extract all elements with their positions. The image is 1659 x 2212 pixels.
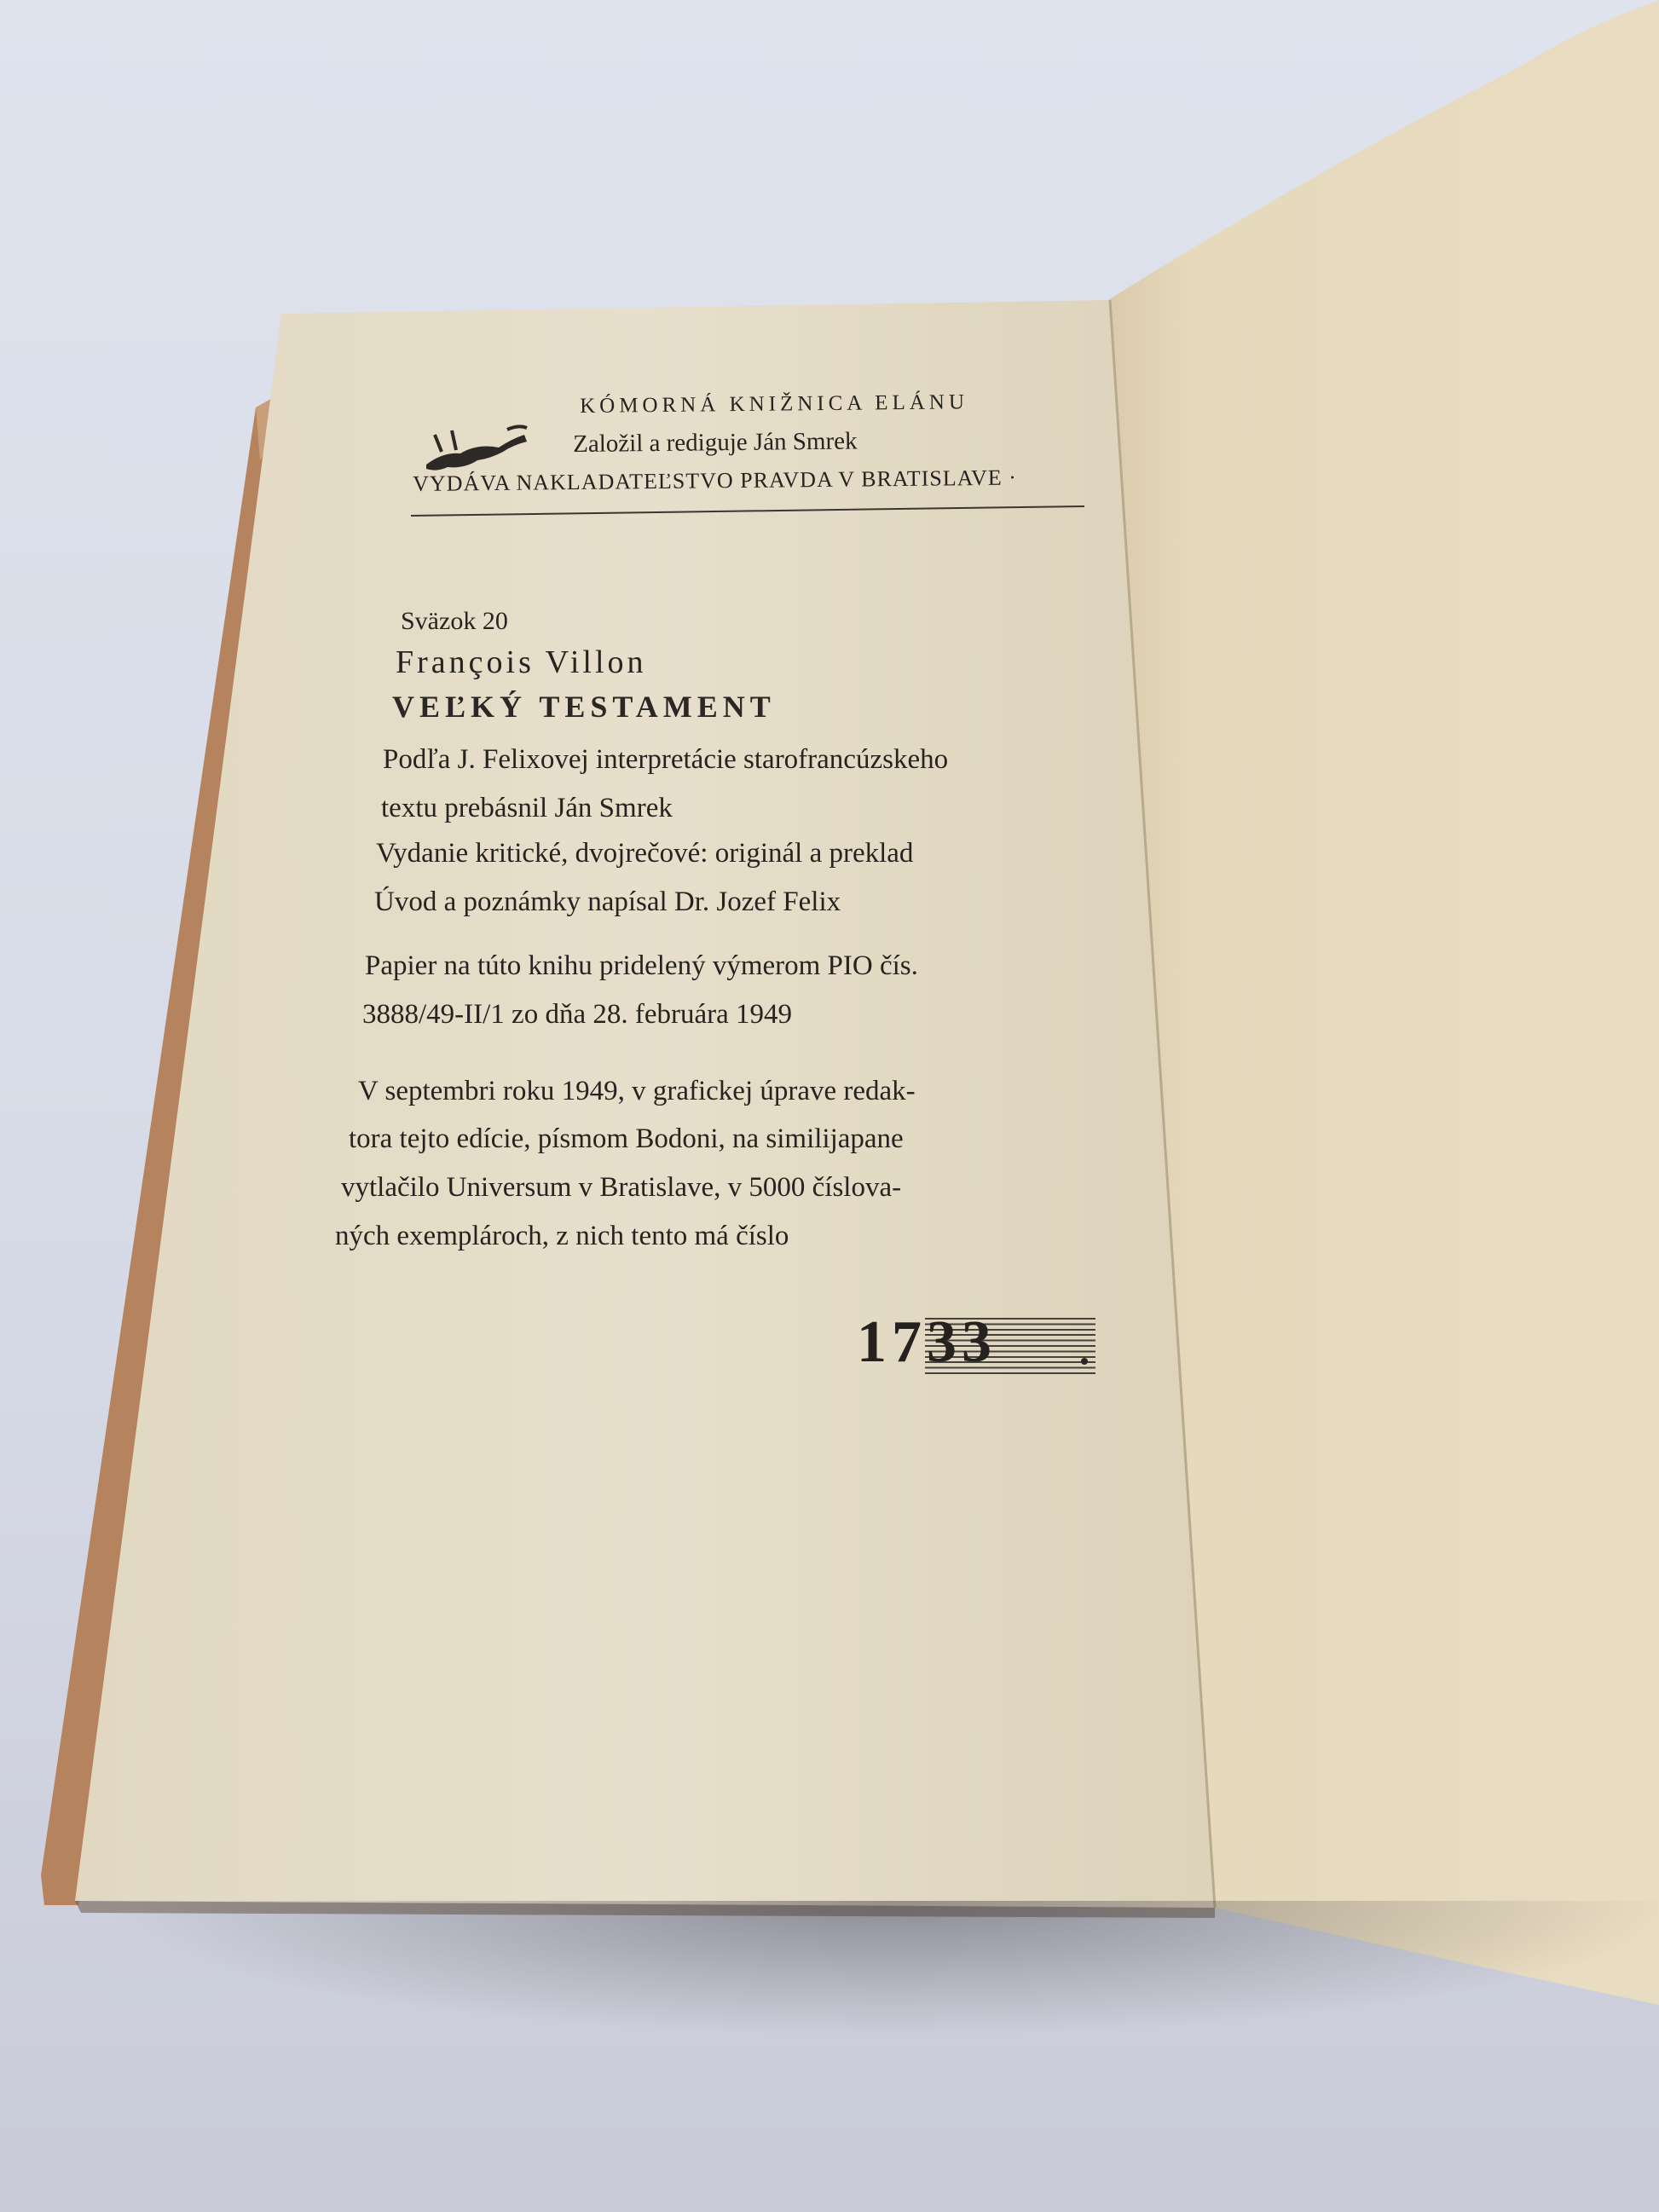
author-name: François Villon — [396, 644, 647, 681]
series-name: KÓMORNÁ KNIŽNICA ELÁNU — [580, 390, 968, 419]
colophon-line: vytlačilo Universum v Bratislave, v 5000… — [341, 1172, 901, 1204]
colophon-line: ných exemplároch, z nich tento má číslo — [335, 1221, 789, 1252]
leaping-deer-emblem — [418, 418, 537, 477]
colophon-page: KÓMORNÁ KNIŽNICA ELÁNU Založil a rediguj… — [0, 0, 1659, 2212]
credit-line: Úvod a poznámky napísal Dr. Jozef Felix — [374, 887, 841, 918]
colophon-line: tora tejto edície, písmom Bodoni, na sim… — [349, 1123, 904, 1155]
credit-line: textu prebásnil Ján Smrek — [381, 793, 673, 824]
copy-number: 1733 — [857, 1308, 997, 1377]
paper-note-line: 3888/49-II/1 zo dňa 28. februára 1949 — [362, 999, 792, 1031]
paper-note-line: Papier na túto knihu pridelený výmerom P… — [365, 950, 918, 982]
stamp-dot — [1081, 1358, 1088, 1365]
book-title: VEĽKÝ TESTAMENT — [392, 689, 776, 725]
editor-line: Založil a rediguje Ján Smrek — [573, 428, 858, 459]
volume-label: Sväzok 20 — [401, 607, 508, 636]
credit-line: Podľa J. Felixovej interpretácie starofr… — [383, 744, 948, 776]
colophon-line: V septembri roku 1949, v grafickej úprav… — [358, 1076, 916, 1107]
credit-line: Vydanie kritické, dvojrečové: originál a… — [376, 838, 913, 869]
publisher-line: VYDÁVA NAKLADATEĽSTVO PRAVDA V BRATISLAV… — [413, 465, 1017, 497]
header-rule — [411, 505, 1084, 517]
